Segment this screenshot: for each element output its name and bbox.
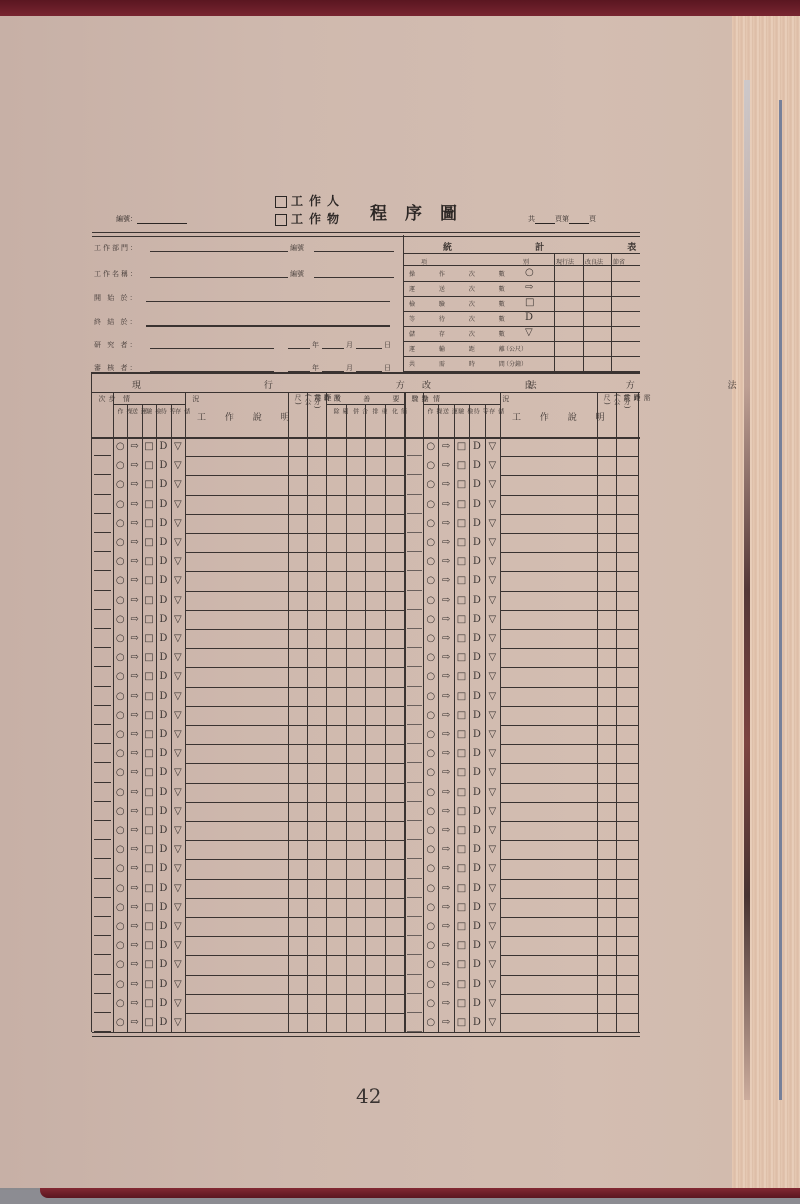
- operation-circle-icon[interactable]: ○: [424, 475, 438, 494]
- time-cell-right[interactable]: [617, 534, 637, 551]
- time-cell-right[interactable]: [617, 745, 637, 762]
- distance-cell-left[interactable]: [289, 553, 306, 570]
- inspection-square-icon[interactable]: □: [455, 687, 469, 706]
- operation-circle-icon[interactable]: ○: [113, 552, 127, 571]
- delay-d-icon[interactable]: D: [470, 994, 484, 1013]
- description-cell-left[interactable]: [186, 630, 287, 647]
- distance-cell-right[interactable]: [598, 956, 615, 973]
- operation-circle-icon[interactable]: ○: [424, 744, 438, 763]
- time-cell-right[interactable]: [617, 918, 637, 935]
- transport-arrow-icon[interactable]: ⇨: [439, 1013, 453, 1032]
- delay-d-icon[interactable]: D: [156, 610, 170, 629]
- distance-cell-right[interactable]: [598, 457, 615, 474]
- time-cell-left[interactable]: [308, 496, 325, 513]
- description-cell-left[interactable]: [186, 726, 287, 743]
- storage-triangle-icon[interactable]: ▽: [485, 552, 499, 571]
- description-cell-right[interactable]: [501, 457, 596, 474]
- storage-triangle-icon[interactable]: ▽: [485, 706, 499, 725]
- delay-d-icon[interactable]: D: [156, 936, 170, 955]
- distance-cell-right[interactable]: [598, 553, 615, 570]
- operation-circle-icon[interactable]: ○: [424, 955, 438, 974]
- operation-circle-icon[interactable]: ○: [424, 821, 438, 840]
- inspection-square-icon[interactable]: □: [455, 763, 469, 782]
- transport-arrow-icon[interactable]: ⇨: [128, 610, 142, 629]
- description-cell-left[interactable]: [186, 956, 287, 973]
- delay-d-icon[interactable]: D: [470, 495, 484, 514]
- transport-arrow-icon[interactable]: ⇨: [128, 437, 142, 456]
- transport-arrow-icon[interactable]: ⇨: [128, 783, 142, 802]
- description-cell-left[interactable]: [186, 1014, 287, 1031]
- transport-arrow-icon[interactable]: ⇨: [439, 936, 453, 955]
- inspection-square-icon[interactable]: □: [455, 955, 469, 974]
- operation-circle-icon[interactable]: ○: [424, 706, 438, 725]
- operation-circle-icon[interactable]: ○: [424, 495, 438, 514]
- description-cell-left[interactable]: [186, 707, 287, 724]
- transport-arrow-icon[interactable]: ⇨: [439, 514, 453, 533]
- distance-cell-left[interactable]: [289, 515, 306, 532]
- delay-d-icon[interactable]: D: [470, 802, 484, 821]
- storage-triangle-icon[interactable]: ▽: [171, 859, 185, 878]
- operation-circle-icon[interactable]: ○: [424, 898, 438, 917]
- transport-arrow-icon[interactable]: ⇨: [439, 763, 453, 782]
- time-cell-right[interactable]: [617, 553, 637, 570]
- inspection-square-icon[interactable]: □: [142, 763, 156, 782]
- distance-cell-right[interactable]: [598, 630, 615, 647]
- delay-d-icon[interactable]: D: [156, 706, 170, 725]
- distance-cell-left[interactable]: [289, 457, 306, 474]
- distance-cell-right[interactable]: [598, 1014, 615, 1031]
- description-cell-right[interactable]: [501, 515, 596, 532]
- inspection-square-icon[interactable]: □: [142, 744, 156, 763]
- storage-triangle-icon[interactable]: ▽: [485, 533, 499, 552]
- storage-triangle-icon[interactable]: ▽: [171, 763, 185, 782]
- delay-d-icon[interactable]: D: [156, 917, 170, 936]
- time-cell-right[interactable]: [617, 476, 637, 493]
- delay-d-icon[interactable]: D: [470, 725, 484, 744]
- storage-triangle-icon[interactable]: ▽: [485, 936, 499, 955]
- transport-arrow-icon[interactable]: ⇨: [128, 955, 142, 974]
- operation-circle-icon[interactable]: ○: [113, 859, 127, 878]
- time-cell-right[interactable]: [617, 726, 637, 743]
- storage-triangle-icon[interactable]: ▽: [485, 898, 499, 917]
- description-cell-right[interactable]: [501, 668, 596, 685]
- operation-circle-icon[interactable]: ○: [424, 783, 438, 802]
- delay-d-icon[interactable]: D: [156, 687, 170, 706]
- operation-circle-icon[interactable]: ○: [424, 1013, 438, 1032]
- storage-triangle-icon[interactable]: ▽: [485, 955, 499, 974]
- transport-arrow-icon[interactable]: ⇨: [128, 994, 142, 1013]
- stats-value-cell[interactable]: [555, 357, 582, 370]
- inspection-square-icon[interactable]: □: [142, 591, 156, 610]
- inspection-square-icon[interactable]: □: [455, 840, 469, 859]
- delay-d-icon[interactable]: D: [470, 936, 484, 955]
- description-cell-left[interactable]: [186, 899, 287, 916]
- transport-arrow-icon[interactable]: ⇨: [439, 552, 453, 571]
- transport-arrow-icon[interactable]: ⇨: [128, 706, 142, 725]
- time-cell-right[interactable]: [617, 611, 637, 628]
- description-cell-left[interactable]: [186, 918, 287, 935]
- inspection-square-icon[interactable]: □: [142, 610, 156, 629]
- stats-value-cell[interactable]: [555, 282, 582, 295]
- time-cell-left[interactable]: [308, 630, 325, 647]
- inspection-square-icon[interactable]: □: [455, 783, 469, 802]
- description-cell-left[interactable]: [186, 976, 287, 993]
- distance-cell-left[interactable]: [289, 668, 306, 685]
- delay-d-icon[interactable]: D: [470, 783, 484, 802]
- operation-circle-icon[interactable]: ○: [113, 936, 127, 955]
- distance-cell-left[interactable]: [289, 611, 306, 628]
- inspection-square-icon[interactable]: □: [142, 898, 156, 917]
- transport-arrow-icon[interactable]: ⇨: [439, 879, 453, 898]
- distance-cell-right[interactable]: [598, 841, 615, 858]
- operation-circle-icon[interactable]: ○: [113, 475, 127, 494]
- storage-triangle-icon[interactable]: ▽: [171, 533, 185, 552]
- stats-value-cell[interactable]: [612, 357, 639, 370]
- storage-triangle-icon[interactable]: ▽: [485, 802, 499, 821]
- form-number-blank[interactable]: [137, 215, 187, 224]
- delay-d-icon[interactable]: D: [156, 763, 170, 782]
- delay-d-icon[interactable]: D: [470, 917, 484, 936]
- inspection-square-icon[interactable]: □: [455, 610, 469, 629]
- inspection-square-icon[interactable]: □: [142, 917, 156, 936]
- storage-triangle-icon[interactable]: ▽: [485, 917, 499, 936]
- delay-d-icon[interactable]: D: [156, 840, 170, 859]
- time-cell-right[interactable]: [617, 515, 637, 532]
- description-cell-left[interactable]: [186, 803, 287, 820]
- operation-circle-icon[interactable]: ○: [424, 533, 438, 552]
- operation-circle-icon[interactable]: ○: [113, 456, 127, 475]
- operation-circle-icon[interactable]: ○: [424, 552, 438, 571]
- storage-triangle-icon[interactable]: ▽: [485, 879, 499, 898]
- description-cell-right[interactable]: [501, 784, 596, 801]
- storage-triangle-icon[interactable]: ▽: [485, 514, 499, 533]
- inspection-square-icon[interactable]: □: [142, 456, 156, 475]
- time-cell-left[interactable]: [308, 956, 325, 973]
- operation-circle-icon[interactable]: ○: [424, 687, 438, 706]
- operation-circle-icon[interactable]: ○: [113, 783, 127, 802]
- transport-arrow-icon[interactable]: ⇨: [439, 744, 453, 763]
- operation-circle-icon[interactable]: ○: [424, 763, 438, 782]
- stats-value-cell[interactable]: [612, 267, 639, 280]
- description-cell-right[interactable]: [501, 918, 596, 935]
- time-cell-right[interactable]: [617, 668, 637, 685]
- date-year-input[interactable]: [288, 348, 310, 349]
- transport-arrow-icon[interactable]: ⇨: [128, 687, 142, 706]
- transport-arrow-icon[interactable]: ⇨: [128, 456, 142, 475]
- time-cell-left[interactable]: [308, 649, 325, 666]
- info-field-code-input[interactable]: [314, 277, 394, 278]
- delay-d-icon[interactable]: D: [470, 840, 484, 859]
- inspection-square-icon[interactable]: □: [455, 456, 469, 475]
- delay-d-icon[interactable]: D: [156, 898, 170, 917]
- time-cell-right[interactable]: [617, 688, 637, 705]
- description-cell-left[interactable]: [186, 438, 287, 455]
- time-cell-right[interactable]: [617, 995, 637, 1012]
- stats-value-cell[interactable]: [584, 297, 610, 310]
- delay-d-icon[interactable]: D: [156, 802, 170, 821]
- inspection-square-icon[interactable]: □: [455, 533, 469, 552]
- inspection-square-icon[interactable]: □: [142, 495, 156, 514]
- delay-d-icon[interactable]: D: [470, 821, 484, 840]
- time-cell-left[interactable]: [308, 822, 325, 839]
- description-cell-right[interactable]: [501, 534, 596, 551]
- time-cell-right[interactable]: [617, 707, 637, 724]
- distance-cell-right[interactable]: [598, 822, 615, 839]
- delay-d-icon[interactable]: D: [470, 955, 484, 974]
- date-day-input[interactable]: [356, 348, 382, 349]
- operation-circle-icon[interactable]: ○: [424, 802, 438, 821]
- storage-triangle-icon[interactable]: ▽: [171, 591, 185, 610]
- inspection-square-icon[interactable]: □: [455, 744, 469, 763]
- transport-arrow-icon[interactable]: ⇨: [128, 802, 142, 821]
- distance-cell-right[interactable]: [598, 515, 615, 532]
- storage-triangle-icon[interactable]: ▽: [485, 648, 499, 667]
- storage-triangle-icon[interactable]: ▽: [171, 610, 185, 629]
- distance-cell-left[interactable]: [289, 476, 306, 493]
- inspection-square-icon[interactable]: □: [455, 936, 469, 955]
- transport-arrow-icon[interactable]: ⇨: [439, 687, 453, 706]
- time-cell-left[interactable]: [308, 899, 325, 916]
- delay-d-icon[interactable]: D: [156, 629, 170, 648]
- info-field-input[interactable]: [150, 348, 274, 349]
- delay-d-icon[interactable]: D: [470, 687, 484, 706]
- delay-d-icon[interactable]: D: [156, 475, 170, 494]
- time-cell-right[interactable]: [617, 899, 637, 916]
- distance-cell-left[interactable]: [289, 764, 306, 781]
- time-cell-right[interactable]: [617, 841, 637, 858]
- delay-d-icon[interactable]: D: [470, 629, 484, 648]
- delay-d-icon[interactable]: D: [156, 495, 170, 514]
- operation-circle-icon[interactable]: ○: [424, 610, 438, 629]
- distance-cell-right[interactable]: [598, 572, 615, 589]
- transport-arrow-icon[interactable]: ⇨: [128, 859, 142, 878]
- description-cell-left[interactable]: [186, 995, 287, 1012]
- storage-triangle-icon[interactable]: ▽: [485, 994, 499, 1013]
- delay-d-icon[interactable]: D: [470, 898, 484, 917]
- operation-circle-icon[interactable]: ○: [113, 514, 127, 533]
- distance-cell-left[interactable]: [289, 745, 306, 762]
- time-cell-right[interactable]: [617, 860, 637, 877]
- delay-d-icon[interactable]: D: [470, 610, 484, 629]
- operation-circle-icon[interactable]: ○: [424, 648, 438, 667]
- transport-arrow-icon[interactable]: ⇨: [439, 725, 453, 744]
- time-cell-right[interactable]: [617, 649, 637, 666]
- inspection-square-icon[interactable]: □: [142, 955, 156, 974]
- transport-arrow-icon[interactable]: ⇨: [439, 917, 453, 936]
- storage-triangle-icon[interactable]: ▽: [485, 725, 499, 744]
- description-cell-left[interactable]: [186, 476, 287, 493]
- delay-d-icon[interactable]: D: [470, 456, 484, 475]
- inspection-square-icon[interactable]: □: [142, 725, 156, 744]
- distance-cell-right[interactable]: [598, 995, 615, 1012]
- storage-triangle-icon[interactable]: ▽: [485, 610, 499, 629]
- time-cell-left[interactable]: [308, 515, 325, 532]
- storage-triangle-icon[interactable]: ▽: [171, 975, 185, 994]
- inspection-square-icon[interactable]: □: [455, 667, 469, 686]
- inspection-square-icon[interactable]: □: [455, 591, 469, 610]
- delay-d-icon[interactable]: D: [470, 648, 484, 667]
- distance-cell-left[interactable]: [289, 899, 306, 916]
- inspection-square-icon[interactable]: □: [142, 571, 156, 590]
- description-cell-left[interactable]: [186, 649, 287, 666]
- storage-triangle-icon[interactable]: ▽: [485, 763, 499, 782]
- distance-cell-left[interactable]: [289, 630, 306, 647]
- transport-arrow-icon[interactable]: ⇨: [439, 840, 453, 859]
- operation-circle-icon[interactable]: ○: [424, 667, 438, 686]
- storage-triangle-icon[interactable]: ▽: [171, 783, 185, 802]
- transport-arrow-icon[interactable]: ⇨: [439, 533, 453, 552]
- operation-circle-icon[interactable]: ○: [424, 975, 438, 994]
- distance-cell-left[interactable]: [289, 937, 306, 954]
- time-cell-right[interactable]: [617, 630, 637, 647]
- inspection-square-icon[interactable]: □: [142, 783, 156, 802]
- time-cell-right[interactable]: [617, 438, 637, 455]
- description-cell-left[interactable]: [186, 841, 287, 858]
- storage-triangle-icon[interactable]: ▽: [171, 821, 185, 840]
- transport-arrow-icon[interactable]: ⇨: [128, 552, 142, 571]
- delay-d-icon[interactable]: D: [156, 667, 170, 686]
- operation-circle-icon[interactable]: ○: [113, 533, 127, 552]
- storage-triangle-icon[interactable]: ▽: [171, 687, 185, 706]
- delay-d-icon[interactable]: D: [156, 1013, 170, 1032]
- inspection-square-icon[interactable]: □: [455, 648, 469, 667]
- distance-cell-right[interactable]: [598, 899, 615, 916]
- time-cell-left[interactable]: [308, 745, 325, 762]
- time-cell-left[interactable]: [308, 860, 325, 877]
- transport-arrow-icon[interactable]: ⇨: [439, 495, 453, 514]
- stats-value-cell[interactable]: [584, 357, 610, 370]
- time-cell-right[interactable]: [617, 822, 637, 839]
- time-cell-left[interactable]: [308, 841, 325, 858]
- distance-cell-right[interactable]: [598, 880, 615, 897]
- inspection-square-icon[interactable]: □: [142, 994, 156, 1013]
- transport-arrow-icon[interactable]: ⇨: [439, 456, 453, 475]
- description-cell-right[interactable]: [501, 649, 596, 666]
- description-cell-right[interactable]: [501, 937, 596, 954]
- description-cell-left[interactable]: [186, 668, 287, 685]
- info-field-input[interactable]: [146, 325, 390, 327]
- operation-circle-icon[interactable]: ○: [424, 571, 438, 590]
- description-cell-left[interactable]: [186, 611, 287, 628]
- transport-arrow-icon[interactable]: ⇨: [128, 495, 142, 514]
- storage-triangle-icon[interactable]: ▽: [485, 821, 499, 840]
- inspection-square-icon[interactable]: □: [455, 1013, 469, 1032]
- stats-value-cell[interactable]: [612, 312, 639, 325]
- delay-d-icon[interactable]: D: [156, 975, 170, 994]
- transport-arrow-icon[interactable]: ⇨: [439, 994, 453, 1013]
- description-cell-left[interactable]: [186, 515, 287, 532]
- transport-arrow-icon[interactable]: ⇨: [128, 648, 142, 667]
- description-cell-left[interactable]: [186, 457, 287, 474]
- inspection-square-icon[interactable]: □: [142, 1013, 156, 1032]
- storage-triangle-icon[interactable]: ▽: [171, 744, 185, 763]
- inspection-square-icon[interactable]: □: [455, 975, 469, 994]
- inspection-square-icon[interactable]: □: [142, 667, 156, 686]
- distance-cell-right[interactable]: [598, 803, 615, 820]
- description-cell-right[interactable]: [501, 976, 596, 993]
- description-cell-right[interactable]: [501, 745, 596, 762]
- distance-cell-right[interactable]: [598, 745, 615, 762]
- operation-circle-icon[interactable]: ○: [113, 687, 127, 706]
- storage-triangle-icon[interactable]: ▽: [171, 898, 185, 917]
- delay-d-icon[interactable]: D: [156, 879, 170, 898]
- description-cell-left[interactable]: [186, 688, 287, 705]
- distance-cell-right[interactable]: [598, 649, 615, 666]
- transport-arrow-icon[interactable]: ⇨: [128, 975, 142, 994]
- storage-triangle-icon[interactable]: ▽: [485, 571, 499, 590]
- time-cell-left[interactable]: [308, 592, 325, 609]
- storage-triangle-icon[interactable]: ▽: [171, 802, 185, 821]
- delay-d-icon[interactable]: D: [156, 552, 170, 571]
- distance-cell-left[interactable]: [289, 534, 306, 551]
- storage-triangle-icon[interactable]: ▽: [171, 552, 185, 571]
- description-cell-right[interactable]: [501, 476, 596, 493]
- distance-cell-left[interactable]: [289, 688, 306, 705]
- distance-cell-right[interactable]: [598, 668, 615, 685]
- storage-triangle-icon[interactable]: ▽: [171, 936, 185, 955]
- storage-triangle-icon[interactable]: ▽: [485, 840, 499, 859]
- description-cell-left[interactable]: [186, 496, 287, 513]
- distance-cell-right[interactable]: [598, 707, 615, 724]
- description-cell-left[interactable]: [186, 937, 287, 954]
- time-cell-left[interactable]: [308, 688, 325, 705]
- distance-cell-left[interactable]: [289, 592, 306, 609]
- transport-arrow-icon[interactable]: ⇨: [439, 667, 453, 686]
- transport-arrow-icon[interactable]: ⇨: [439, 571, 453, 590]
- delay-d-icon[interactable]: D: [156, 725, 170, 744]
- inspection-square-icon[interactable]: □: [142, 840, 156, 859]
- distance-cell-left[interactable]: [289, 1014, 306, 1031]
- info-field-input[interactable]: [146, 301, 390, 302]
- distance-cell-left[interactable]: [289, 956, 306, 973]
- time-cell-left[interactable]: [308, 976, 325, 993]
- inspection-square-icon[interactable]: □: [455, 437, 469, 456]
- inspection-square-icon[interactable]: □: [142, 533, 156, 552]
- distance-cell-right[interactable]: [598, 764, 615, 781]
- delay-d-icon[interactable]: D: [156, 437, 170, 456]
- operation-circle-icon[interactable]: ○: [424, 514, 438, 533]
- storage-triangle-icon[interactable]: ▽: [171, 667, 185, 686]
- transport-arrow-icon[interactable]: ⇨: [128, 1013, 142, 1032]
- time-cell-left[interactable]: [308, 438, 325, 455]
- storage-triangle-icon[interactable]: ▽: [171, 475, 185, 494]
- operation-circle-icon[interactable]: ○: [113, 802, 127, 821]
- transport-arrow-icon[interactable]: ⇨: [128, 667, 142, 686]
- distance-cell-left[interactable]: [289, 438, 306, 455]
- delay-d-icon[interactable]: D: [156, 859, 170, 878]
- storage-triangle-icon[interactable]: ▽: [171, 648, 185, 667]
- description-cell-right[interactable]: [501, 880, 596, 897]
- transport-arrow-icon[interactable]: ⇨: [439, 610, 453, 629]
- transport-arrow-icon[interactable]: ⇨: [128, 840, 142, 859]
- storage-triangle-icon[interactable]: ▽: [485, 629, 499, 648]
- time-cell-left[interactable]: [308, 534, 325, 551]
- delay-d-icon[interactable]: D: [470, 533, 484, 552]
- checkbox-person[interactable]: [275, 196, 287, 208]
- transport-arrow-icon[interactable]: ⇨: [128, 475, 142, 494]
- distance-cell-left[interactable]: [289, 880, 306, 897]
- delay-d-icon[interactable]: D: [470, 591, 484, 610]
- operation-circle-icon[interactable]: ○: [113, 879, 127, 898]
- operation-circle-icon[interactable]: ○: [113, 763, 127, 782]
- delay-d-icon[interactable]: D: [470, 879, 484, 898]
- inspection-square-icon[interactable]: □: [142, 802, 156, 821]
- distance-cell-left[interactable]: [289, 841, 306, 858]
- transport-arrow-icon[interactable]: ⇨: [439, 706, 453, 725]
- inspection-square-icon[interactable]: □: [142, 514, 156, 533]
- stats-value-cell[interactable]: [584, 327, 610, 340]
- description-cell-left[interactable]: [186, 764, 287, 781]
